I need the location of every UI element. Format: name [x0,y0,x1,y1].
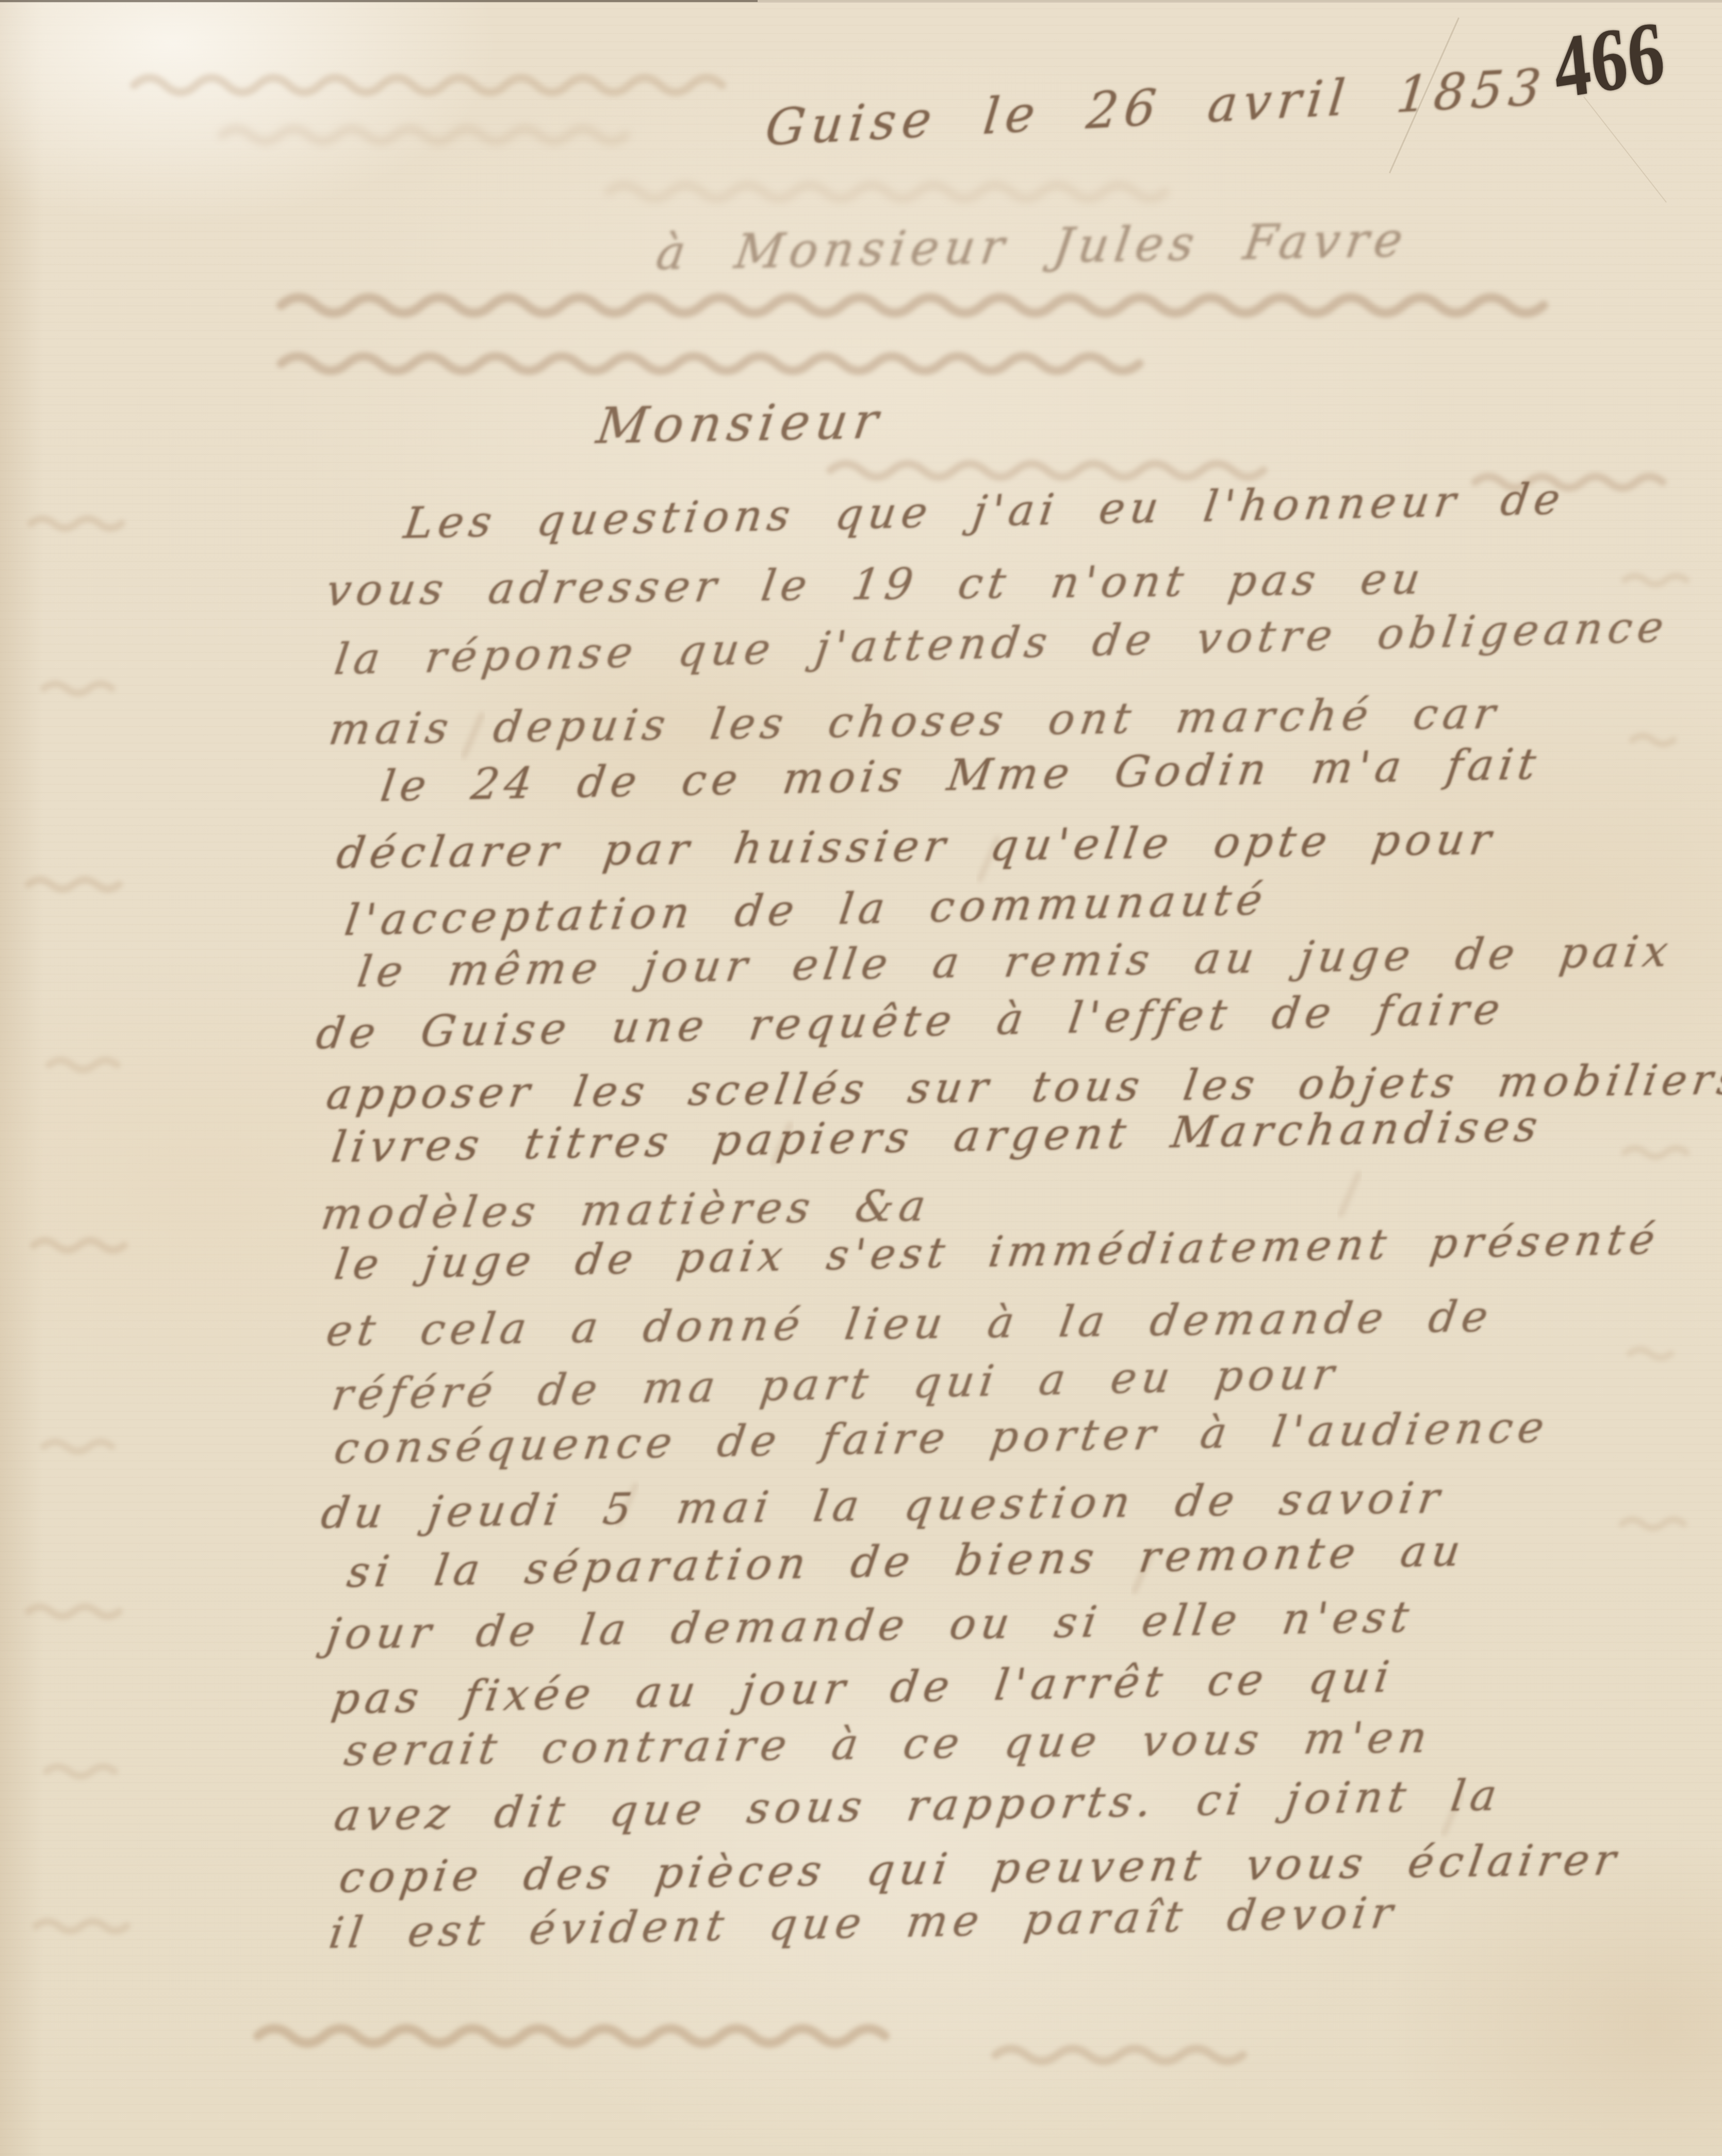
letter-scan-page: { "page": { "stamp_number": "466", "date… [0,0,1722,2156]
handwritten-line: serait contraire à ce que vous m'en [342,1715,1435,1772]
handwritten-line: du jeudi 5 mai la question de savoir [319,1476,1448,1535]
handwritten-line: de Guise une requête à l'effet de faire [314,987,1507,1056]
handwritten-line: copie des pièces qui peuvent vous éclair… [337,1837,1623,1899]
handwritten-line: le 24 de ce mois Mme Godin m'a fait [378,742,1544,808]
handwritten-line: référé de ma part qui a eu pour [329,1352,1341,1416]
paper-top-edge-dark-sliver [0,0,758,2]
handwritten-line: déclarer par huissier qu'elle opte pour [334,817,1499,875]
handwritten-line: l'acceptation de la communauté [342,877,1270,942]
salutation: Monsieur [594,396,887,451]
addressee-line: à Monsieur Jules Favre [653,217,1411,277]
dateline: Guise le 26 avril 1853 [763,62,1549,153]
paper-crease [1583,96,1667,203]
handwritten-line: la réponse que j'attends de votre oblige… [332,605,1671,681]
handwritten-line: mais depuis les choses ont marché car [326,691,1503,751]
page-number-stamp: 466 [1550,7,1669,113]
handwritten-line: Les questions que j'ai eu l'honneur de [401,477,1568,545]
handwritten-line: si la séparation de biens remonte au [345,1528,1468,1593]
handwritten-line: avez dit que sous rapports. ci joint la [332,1773,1504,1837]
handwritten-line: vous adresser le 19 ct n'ont pas eu [324,557,1429,612]
handwritten-line: jour de la demande ou si elle n'est [324,1595,1417,1655]
handwritten-line: modèles matières &a [319,1184,933,1236]
handwritten-line: pas fixée au jour de l'arrêt ce qui [329,1655,1397,1720]
handwritten-line: et cela a donné lieu à la demande de [324,1294,1496,1352]
